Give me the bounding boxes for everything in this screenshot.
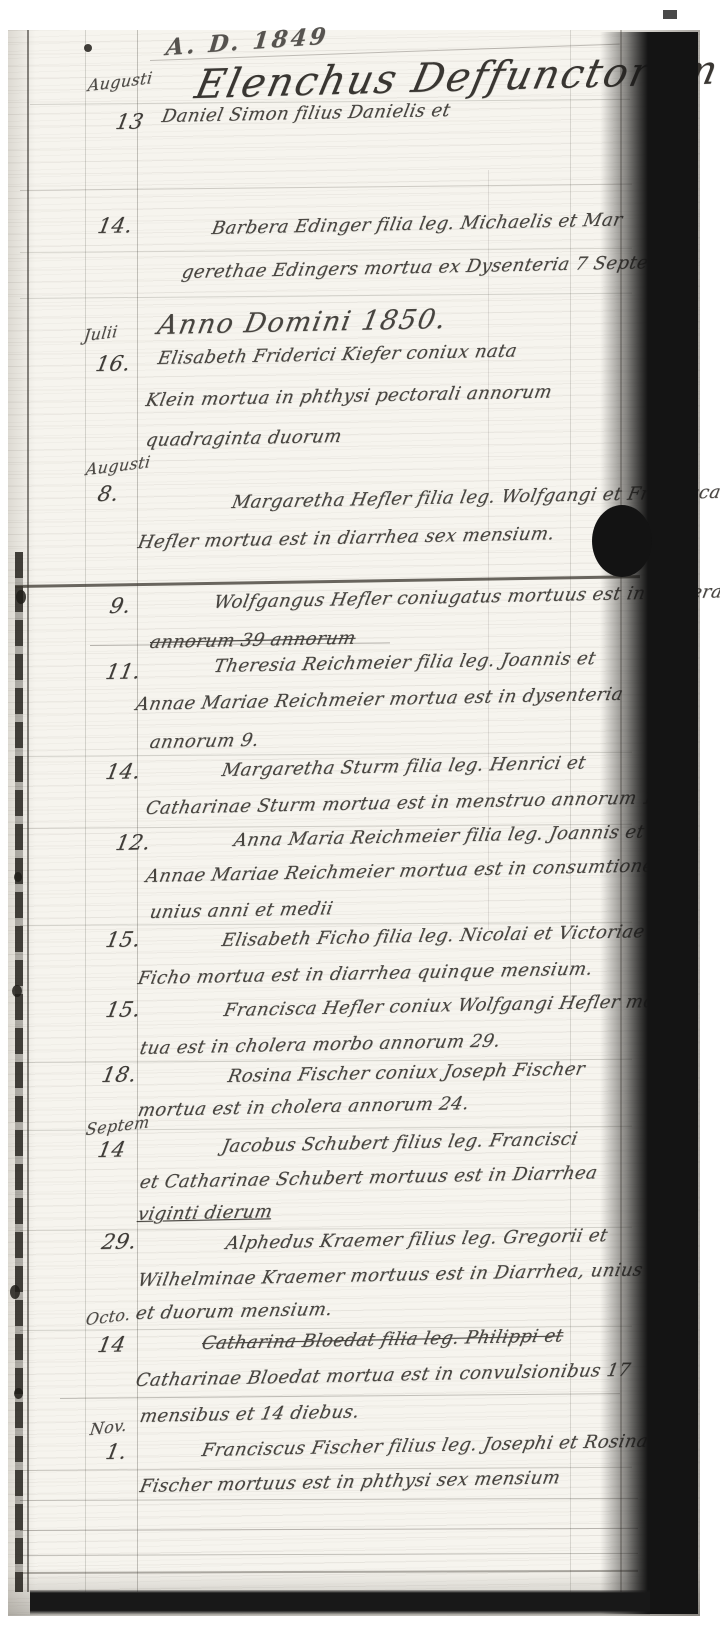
header-month-label: Augusti xyxy=(87,68,154,95)
entry-line: Annae Mariae Reichmeier mortua est in co… xyxy=(144,855,656,887)
entry-month-label: Julii xyxy=(83,322,119,346)
entry-month-label: Octo. xyxy=(85,1304,132,1329)
scan-corner-mark xyxy=(663,10,677,19)
entry-line: Jacobus Schubert filius leg. Francisci xyxy=(220,1129,580,1158)
entry-line: Catharinae Sturm mortua est in menstruo … xyxy=(144,787,675,819)
entry-day-number: 15. xyxy=(104,927,143,952)
entry-line: tua est in cholera morbo annorum 29. xyxy=(138,1030,502,1059)
entry-line: Elisabeth Ficho filia leg. Nicolai et Vi… xyxy=(220,921,647,951)
entry-day-number: 29. xyxy=(100,1229,139,1254)
entry-line: et Catharinae Schubert mortuus est in Di… xyxy=(138,1162,599,1193)
entry-day-number: 12. xyxy=(114,830,153,855)
entry-day-number: 11. xyxy=(104,659,143,684)
scan-band-fade xyxy=(600,32,648,1614)
year-note: A. D. 1849 xyxy=(165,22,330,61)
entry-line: Catharinae Bloedat mortua est in convuls… xyxy=(134,1360,633,1391)
entry-line: mensibus et 14 diebus. xyxy=(138,1401,361,1427)
entry-line: Barbera Edinger filia leg. Michaelis et … xyxy=(210,209,624,239)
entry-line: mortua est in cholera annorum 24. xyxy=(136,1093,471,1121)
entry-line: Theresia Reichmeier filia leg. Joannis e… xyxy=(212,648,598,677)
entry-line: Franciscus Fischer filius leg. Josephi e… xyxy=(200,1430,661,1461)
scan-bottom-black-bar xyxy=(30,1590,650,1615)
entry-day-number: 1. xyxy=(104,1440,129,1465)
entry-line: Anna Maria Reichmeier filia leg. Joannis… xyxy=(232,821,646,851)
entry-month-label: Septem xyxy=(85,1112,151,1139)
entry-line: Klein mortua in phthysi pectorali annoru… xyxy=(144,381,554,411)
entry-day-number: 8. xyxy=(96,482,121,507)
entry-day-number: 9. xyxy=(108,594,133,619)
entry-line: Catharina Bloedat filia leg. Philippi et xyxy=(200,1325,565,1354)
entry-day-number: 16. xyxy=(94,351,133,376)
scanned-register-page: A. D. 1849 Augusti Elenchus Deffunctorum… xyxy=(0,0,720,1644)
entry-line: et duorum mensium. xyxy=(134,1299,334,1324)
entry-month-label: Nov. xyxy=(89,1415,129,1439)
entry-day-number: 15. xyxy=(104,997,143,1022)
entry-line: Hefler mortua est in diarrhea sex mensiu… xyxy=(136,523,557,553)
entry-line: Alphedus Kraemer filius leg. Gregorii et xyxy=(224,1225,610,1254)
entry-line: Rosina Fischer coniux Joseph Fischer xyxy=(226,1058,587,1087)
entry-day-number: 14 xyxy=(96,1137,128,1162)
entry-heading: Anno Domini 1850. xyxy=(155,304,450,341)
entry-line: quadraginta duorum xyxy=(144,426,344,451)
entry-line: Annae Mariae Reichmeier mortua est in dy… xyxy=(134,684,625,715)
entry-line: Margaretha Sturm filia leg. Henrici et xyxy=(220,752,588,781)
entry-line: Elisabeth Friderici Kiefer coniux nata xyxy=(156,340,519,369)
entry-line: annorum 39 annorum xyxy=(148,628,358,653)
entry-day-number: 14. xyxy=(96,213,135,238)
entry-month-label: Augusti xyxy=(85,452,152,479)
entry-line: unius anni et medii xyxy=(148,898,335,923)
entry-day-number: 14. xyxy=(104,759,143,784)
entry-line: Ficho mortua est in diarrhea quinque men… xyxy=(136,958,595,989)
entry-line: viginti dierum xyxy=(136,1201,274,1225)
entry-day-number: 18. xyxy=(100,1062,139,1087)
entry-line: annorum 9. xyxy=(148,730,261,753)
entry-line: Fischer mortuus est in phthysi sex mensi… xyxy=(138,1467,562,1497)
entry-day-number: 14 xyxy=(96,1332,128,1357)
scan-right-black-band xyxy=(648,32,698,1614)
entry-day-number: 13 xyxy=(114,109,146,134)
scan-edge-blob xyxy=(592,505,652,577)
